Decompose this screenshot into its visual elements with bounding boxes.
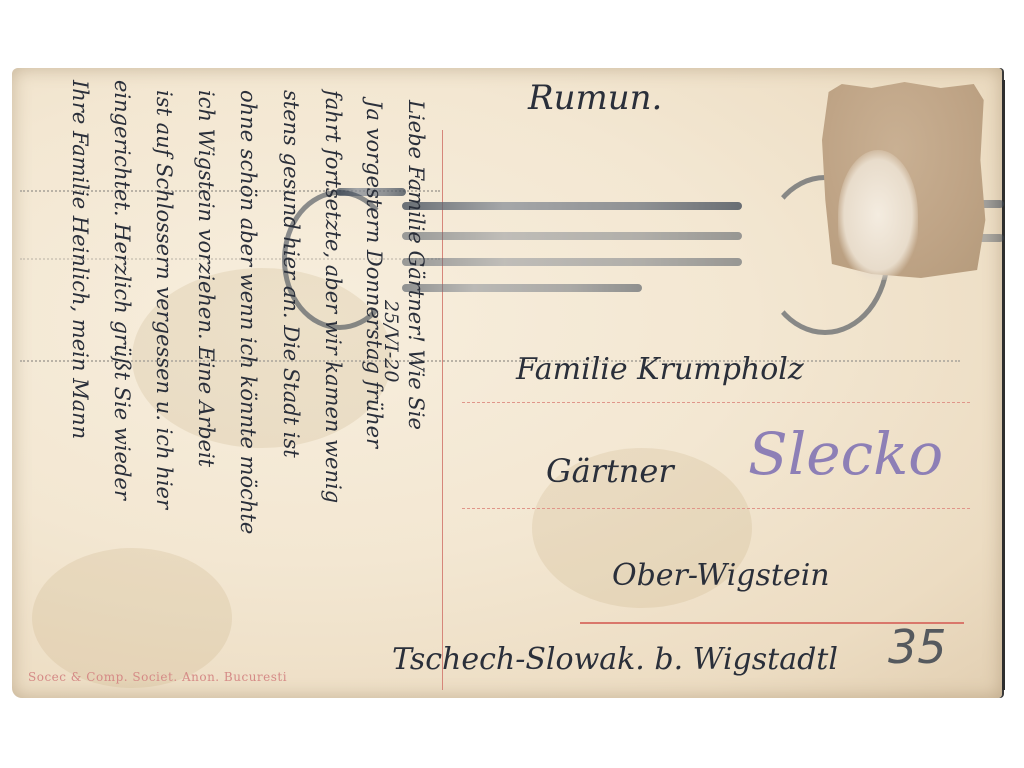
message-line: ich Wigstein vorziehen. Eine Arbeit: [194, 90, 218, 467]
address-region: Tschech-Slowak. b. Wigstadtl: [392, 642, 838, 677]
address-occupation: Gärtner: [546, 452, 674, 490]
top-annotation: Rumun.: [528, 78, 662, 118]
address-recipient: Familie Krumpholz: [516, 352, 804, 387]
pencil-note: 35: [888, 620, 947, 674]
message-line: stens gesund hier an. Die Stadt ist: [279, 90, 303, 458]
purple-handstamp: Slecko: [748, 420, 943, 488]
stamp-tear: [838, 150, 918, 280]
center-divider-line: [442, 130, 443, 690]
age-stain: [32, 548, 232, 688]
message-line: Ihre Familie Heinlich, mein Mann: [68, 80, 92, 439]
address-line-1: [462, 402, 970, 403]
message-line: Liebe Familie Gärtner! Wie Sie: [404, 100, 428, 430]
message-line: ist auf Schlossern vergessen u. ich hier: [152, 90, 176, 509]
cancellation-bar: [402, 202, 742, 210]
message-line: fahrt fortsetzte, aber wir kamen wenig: [321, 90, 345, 503]
address-line-2: [462, 508, 970, 509]
message-line: eingerichtet. Herzlich grüßt Sie wieder: [110, 80, 134, 500]
cancellation-bar: [402, 258, 742, 266]
printer-imprint: Socec & Comp. Societ. Anon. Bucuresti: [28, 670, 287, 684]
address-town: Ober-Wigstein: [612, 558, 830, 593]
cancellation-bar: [402, 284, 642, 292]
message-line: ohne schön aber wenn ich könnte möchte: [236, 90, 260, 534]
message-line: Ja vorgestern Donnerstag früher: [362, 100, 386, 448]
cancellation-bar: [402, 232, 742, 240]
